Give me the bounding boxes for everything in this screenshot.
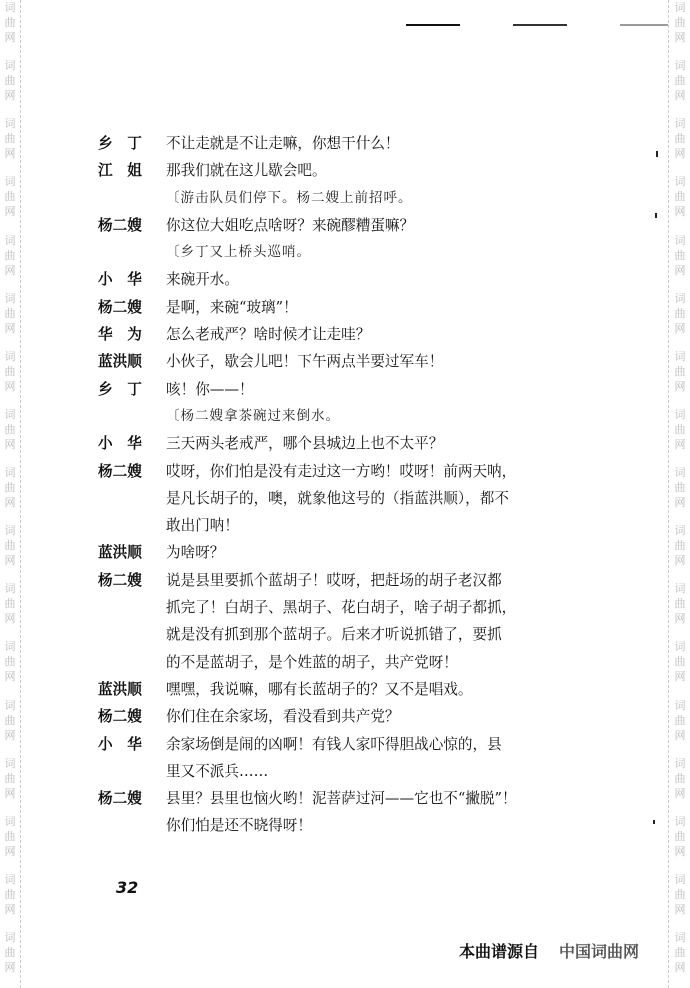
dialogue-line: 江 姐那我们就在这儿歇会吧。 — [98, 157, 578, 184]
watermark-char: 网 — [5, 669, 16, 684]
watermark-char: 曲 — [675, 829, 686, 844]
watermark-char: 曲 — [5, 538, 16, 553]
watermark-group: 词曲网 — [675, 698, 686, 756]
watermark-char: 网 — [675, 88, 686, 103]
script-dialogue: 乡 丁不让走就是不让走嘛，你想干什么！江 姐那我们就在这儿歇会吧。〔游击队员们停… — [98, 130, 578, 840]
dialogue-line: 小 华三天两头老戒严，哪个县城边上也不太平？ — [98, 430, 578, 457]
watermark-char: 曲 — [5, 713, 16, 728]
dialogue-continuation: 敢出门呐！ — [98, 512, 578, 539]
watermark-char: 网 — [5, 611, 16, 626]
watermark-char: 网 — [675, 146, 686, 161]
speaker-name — [98, 649, 166, 676]
source-credit: 本曲谱源自 中国词曲网 — [459, 939, 639, 962]
watermark-char: 曲 — [5, 480, 16, 495]
watermark-char: 曲 — [675, 713, 686, 728]
watermark-char: 词 — [5, 407, 16, 422]
speaker-name: 小 华 — [98, 266, 166, 293]
speaker-name: 杨二嫂 — [98, 567, 166, 594]
speech-text: 说是县里要抓个蓝胡子！哎呀，把赶场的胡子老汉都 — [166, 567, 578, 594]
dialogue-continuation: 抓完了！白胡子、黑胡子、花白胡子，啥子胡子都抓， — [98, 594, 578, 621]
watermark-char: 网 — [5, 844, 16, 859]
watermark-char: 词 — [675, 407, 686, 422]
watermark-group: 词曲网 — [5, 233, 16, 291]
watermark-char: 网 — [5, 960, 16, 975]
speech-text: 咳！你——！ — [166, 376, 578, 403]
watermark-char: 曲 — [5, 829, 16, 844]
stage-direction: 〔游击队员们停下。杨二嫂上前招呼。 — [98, 185, 578, 212]
watermark-char: 曲 — [5, 364, 16, 379]
watermark-char: 曲 — [5, 131, 16, 146]
watermark-char: 网 — [675, 960, 686, 975]
watermark-group: 词曲网 — [5, 581, 16, 639]
watermark-char: 词 — [5, 291, 16, 306]
watermark-char: 曲 — [5, 654, 16, 669]
speech-text: 是啊，来碗“玻璃”！ — [166, 294, 578, 321]
watermark-group: 词曲网 — [5, 58, 16, 116]
watermark-char: 网 — [675, 611, 686, 626]
dialogue-continuation: 就是没有抓到那个蓝胡子。后来才听说抓错了，要抓 — [98, 621, 578, 648]
watermark-char: 曲 — [675, 15, 686, 30]
watermark-group: 词曲网 — [5, 465, 16, 523]
stage-direction-text: 〔杨二嫂拿茶碗过来倒水。 — [166, 403, 578, 430]
watermark-char: 词 — [675, 174, 686, 189]
watermark-char: 词 — [5, 58, 16, 73]
speech-text: 来碗开水。 — [166, 266, 578, 293]
source-label: 本曲谱源自 — [459, 939, 539, 962]
speech-text: 里又不派兵…… — [166, 758, 578, 785]
speaker-name: 杨二嫂 — [98, 703, 166, 730]
watermark-char: 词 — [675, 116, 686, 131]
watermark-char: 曲 — [675, 654, 686, 669]
speech-text: 为啥呀？ — [166, 539, 578, 566]
watermark-group: 词曲网 — [675, 872, 686, 930]
stage-direction: 〔杨二嫂拿茶碗过来倒水。 — [98, 403, 578, 430]
watermark-char: 曲 — [675, 131, 686, 146]
watermark-group: 词曲网 — [675, 174, 686, 232]
watermark-column-right: 词曲网词曲网词曲网词曲网词曲网词曲网词曲网词曲网词曲网词曲网词曲网词曲网词曲网词… — [668, 0, 690, 988]
watermark-char: 网 — [5, 88, 16, 103]
dialogue-line: 杨二嫂你们住在余家场，看没看到共产党？ — [98, 703, 578, 730]
stage-direction-text: 〔乡丁又上桥头巡哨。 — [166, 239, 578, 266]
dialogue-line: 蓝洪顺小伙子，歇会儿吧！下午两点半要过军车！ — [98, 348, 578, 375]
watermark-char: 网 — [675, 669, 686, 684]
watermark-char: 网 — [5, 902, 16, 917]
watermark-char: 词 — [5, 349, 16, 364]
watermark-group: 词曲网 — [5, 116, 16, 174]
watermark-char: 网 — [5, 553, 16, 568]
stage-direction-text: 〔游击队员们停下。杨二嫂上前招呼。 — [166, 185, 578, 212]
watermark-char: 网 — [5, 321, 16, 336]
watermark-char: 词 — [5, 639, 16, 654]
dialogue-line: 华 为怎么老戒严？啥时候才让走哇？ — [98, 321, 578, 348]
speaker-name — [98, 594, 166, 621]
watermark-char: 曲 — [675, 771, 686, 786]
speaker-name: 乡 丁 — [98, 130, 166, 157]
watermark-char: 曲 — [5, 15, 16, 30]
watermark-group: 词曲网 — [675, 233, 686, 291]
dialogue-continuation: 你们怕是还不晓得呀！ — [98, 812, 578, 839]
watermark-char: 网 — [5, 30, 16, 45]
watermark-char: 曲 — [675, 364, 686, 379]
speaker-name — [98, 485, 166, 512]
watermark-group: 词曲网 — [675, 756, 686, 814]
watermark-char: 词 — [675, 233, 686, 248]
watermark-group: 词曲网 — [675, 116, 686, 174]
watermark-char: 曲 — [675, 189, 686, 204]
watermark-group: 词曲网 — [5, 639, 16, 697]
dialogue-line: 杨二嫂是啊，来碗“玻璃”！ — [98, 294, 578, 321]
watermark-group: 词曲网 — [675, 930, 686, 988]
speaker-name — [98, 621, 166, 648]
watermark-char: 网 — [675, 553, 686, 568]
dialogue-line: 杨二嫂说是县里要抓个蓝胡子！哎呀，把赶场的胡子老汉都 — [98, 567, 578, 594]
watermark-char: 词 — [675, 58, 686, 73]
watermark-char: 词 — [675, 581, 686, 596]
speaker-name: 蓝洪顺 — [98, 539, 166, 566]
speaker-name: 小 华 — [98, 731, 166, 758]
watermark-group: 词曲网 — [675, 465, 686, 523]
watermark-char: 曲 — [675, 538, 686, 553]
speaker-name — [98, 403, 166, 430]
speech-text: 那我们就在这儿歇会吧。 — [166, 157, 578, 184]
dialogue-line: 乡 丁不让走就是不让走嘛，你想干什么！ — [98, 130, 578, 157]
speech-text: 小伙子，歇会儿吧！下午两点半要过军车！ — [166, 348, 578, 375]
speaker-name — [98, 758, 166, 785]
speech-text: 不让走就是不让走嘛，你想干什么！ — [166, 130, 578, 157]
watermark-char: 曲 — [675, 480, 686, 495]
speech-text: 哎呀，你们怕是没有走过这一方哟！哎呀！前两天呐， — [166, 458, 578, 485]
watermark-char: 网 — [5, 728, 16, 743]
watermark-char: 曲 — [5, 248, 16, 263]
watermark-group: 词曲网 — [675, 349, 686, 407]
speech-text: 你们住在余家场，看没看到共产党？ — [166, 703, 578, 730]
watermark-group: 词曲网 — [675, 407, 686, 465]
dialogue-line: 小 华余家场倒是闹的凶啊！有钱人家吓得胆战心惊的，县 — [98, 731, 578, 758]
watermark-char: 词 — [675, 349, 686, 364]
watermark-char: 词 — [675, 872, 686, 887]
watermark-char: 词 — [675, 814, 686, 829]
watermark-char: 词 — [5, 233, 16, 248]
site-name-link[interactable]: 中国词曲网 — [559, 939, 639, 962]
watermark-char: 网 — [675, 204, 686, 219]
watermark-char: 网 — [675, 263, 686, 278]
speech-text: 抓完了！白胡子、黑胡子、花白胡子，啥子胡子都抓， — [166, 594, 578, 621]
dialogue-line: 蓝洪顺嘿嘿，我说嘛，哪有长蓝胡子的？又不是唱戏。 — [98, 676, 578, 703]
watermark-char: 词 — [675, 291, 686, 306]
watermark-group: 词曲网 — [675, 0, 686, 58]
dialogue-continuation: 里又不派兵…… — [98, 758, 578, 785]
speech-text: 三天两头老戒严，哪个县城边上也不太平？ — [166, 430, 578, 457]
speaker-name: 小 华 — [98, 430, 166, 457]
watermark-char: 网 — [675, 437, 686, 452]
watermark-char: 网 — [5, 263, 16, 278]
speech-text: 怎么老戒严？啥时候才让走哇？ — [166, 321, 578, 348]
speech-text: 就是没有抓到那个蓝胡子。后来才听说抓错了，要抓 — [166, 621, 578, 648]
watermark-char: 词 — [675, 639, 686, 654]
watermark-char: 词 — [5, 872, 16, 887]
watermark-group: 词曲网 — [5, 174, 16, 232]
speaker-name: 杨二嫂 — [98, 212, 166, 239]
watermark-char: 曲 — [675, 306, 686, 321]
watermark-char: 曲 — [5, 887, 16, 902]
speech-text: 是凡长胡子的，噢，就象他这号的（指蓝洪顺），都不 — [166, 485, 578, 512]
stage-direction: 〔乡丁又上桥头巡哨。 — [98, 239, 578, 266]
watermark-char: 词 — [5, 465, 16, 480]
watermark-group: 词曲网 — [5, 407, 16, 465]
watermark-group: 词曲网 — [5, 872, 16, 930]
speaker-name: 杨二嫂 — [98, 458, 166, 485]
watermark-char: 曲 — [5, 422, 16, 437]
speech-text: 你这位大姐吃点啥呀？来碗醪糟蛋嘛？ — [166, 212, 578, 239]
speaker-name: 蓝洪顺 — [98, 676, 166, 703]
watermark-char: 网 — [5, 204, 16, 219]
watermark-char: 网 — [5, 786, 16, 801]
speaker-name: 江 姐 — [98, 157, 166, 184]
speech-text: 你们怕是还不晓得呀！ — [166, 812, 578, 839]
speaker-name: 华 为 — [98, 321, 166, 348]
dialogue-line: 杨二嫂你这位大姐吃点啥呀？来碗醪糟蛋嘛？ — [98, 212, 578, 239]
watermark-char: 网 — [675, 30, 686, 45]
speaker-name: 蓝洪顺 — [98, 348, 166, 375]
watermark-char: 曲 — [5, 306, 16, 321]
speech-text: 嘿嘿，我说嘛，哪有长蓝胡子的？又不是唱戏。 — [166, 676, 578, 703]
dialogue-line: 乡 丁咳！你——！ — [98, 376, 578, 403]
watermark-group: 词曲网 — [5, 349, 16, 407]
watermark-group: 词曲网 — [5, 930, 16, 988]
watermark-char: 曲 — [675, 248, 686, 263]
watermark-group: 词曲网 — [675, 581, 686, 639]
watermark-char: 曲 — [5, 73, 16, 88]
watermark-group: 词曲网 — [5, 291, 16, 349]
dialogue-line: 杨二嫂县里？县里也恼火哟！泥菩萨过河——它也不“撇脱”！ — [98, 785, 578, 812]
watermark-group: 词曲网 — [5, 523, 16, 581]
watermark-char: 词 — [5, 930, 16, 945]
dialogue-line: 小 华来碗开水。 — [98, 266, 578, 293]
speech-text: 余家场倒是闹的凶啊！有钱人家吓得胆战心惊的，县 — [166, 731, 578, 758]
dialogue-continuation: 的不是蓝胡子，是个姓蓝的胡子，共产党呀！ — [98, 649, 578, 676]
watermark-char: 词 — [5, 698, 16, 713]
scan-speck — [656, 151, 658, 157]
watermark-group: 词曲网 — [5, 0, 16, 58]
speech-text: 县里？县里也恼火哟！泥菩萨过河——它也不“撇脱”！ — [166, 785, 578, 812]
speaker-name — [98, 812, 166, 839]
dialogue-continuation: 是凡长胡子的，噢，就象他这号的（指蓝洪顺），都不 — [98, 485, 578, 512]
watermark-column-left: 词曲网词曲网词曲网词曲网词曲网词曲网词曲网词曲网词曲网词曲网词曲网词曲网词曲网词… — [0, 0, 21, 988]
speaker-name: 乡 丁 — [98, 376, 166, 403]
watermark-char: 网 — [675, 902, 686, 917]
watermark-char: 曲 — [5, 945, 16, 960]
watermark-char: 词 — [675, 465, 686, 480]
scan-speck — [655, 213, 657, 218]
watermark-char: 词 — [5, 174, 16, 189]
watermark-group: 词曲网 — [5, 698, 16, 756]
watermark-char: 词 — [675, 698, 686, 713]
watermark-char: 曲 — [5, 189, 16, 204]
speaker-name — [98, 185, 166, 212]
speech-text: 的不是蓝胡子，是个姓蓝的胡子，共产党呀！ — [166, 649, 578, 676]
dialogue-line: 蓝洪顺为啥呀？ — [98, 539, 578, 566]
watermark-group: 词曲网 — [675, 58, 686, 116]
watermark-group: 词曲网 — [675, 639, 686, 697]
header-rule-2 — [513, 24, 567, 26]
watermark-char: 词 — [5, 814, 16, 829]
watermark-group: 词曲网 — [675, 523, 686, 581]
watermark-char: 词 — [5, 116, 16, 131]
watermark-char: 网 — [675, 321, 686, 336]
speaker-name: 杨二嫂 — [98, 294, 166, 321]
watermark-char: 网 — [675, 379, 686, 394]
watermark-char: 词 — [5, 523, 16, 538]
watermark-char: 曲 — [5, 596, 16, 611]
speaker-name — [98, 239, 166, 266]
watermark-char: 网 — [5, 146, 16, 161]
watermark-char: 网 — [675, 495, 686, 510]
watermark-char: 网 — [675, 728, 686, 743]
watermark-char: 曲 — [675, 73, 686, 88]
speech-text: 敢出门呐！ — [166, 512, 578, 539]
watermark-group: 词曲网 — [675, 291, 686, 349]
watermark-char: 曲 — [5, 771, 16, 786]
watermark-char: 网 — [5, 379, 16, 394]
speaker-name — [98, 512, 166, 539]
watermark-char: 网 — [5, 495, 16, 510]
watermark-char: 网 — [5, 437, 16, 452]
watermark-char: 词 — [675, 930, 686, 945]
watermark-char: 词 — [675, 0, 686, 15]
watermark-char: 词 — [5, 756, 16, 771]
header-rule-1 — [406, 24, 460, 26]
watermark-char: 网 — [675, 844, 686, 859]
watermark-char: 曲 — [675, 422, 686, 437]
watermark-group: 词曲网 — [675, 814, 686, 872]
page-number: 32 — [116, 878, 138, 897]
watermark-char: 曲 — [675, 945, 686, 960]
scan-speck — [653, 820, 655, 824]
watermark-group: 词曲网 — [5, 756, 16, 814]
watermark-char: 词 — [675, 523, 686, 538]
watermark-group: 词曲网 — [5, 814, 16, 872]
watermark-char: 词 — [5, 581, 16, 596]
watermark-char: 词 — [675, 756, 686, 771]
watermark-char: 网 — [675, 786, 686, 801]
watermark-char: 曲 — [675, 596, 686, 611]
watermark-char: 词 — [5, 0, 16, 15]
header-rule-3 — [620, 24, 668, 26]
dialogue-line: 杨二嫂哎呀，你们怕是没有走过这一方哟！哎呀！前两天呐， — [98, 458, 578, 485]
watermark-char: 曲 — [675, 887, 686, 902]
speaker-name: 杨二嫂 — [98, 785, 166, 812]
